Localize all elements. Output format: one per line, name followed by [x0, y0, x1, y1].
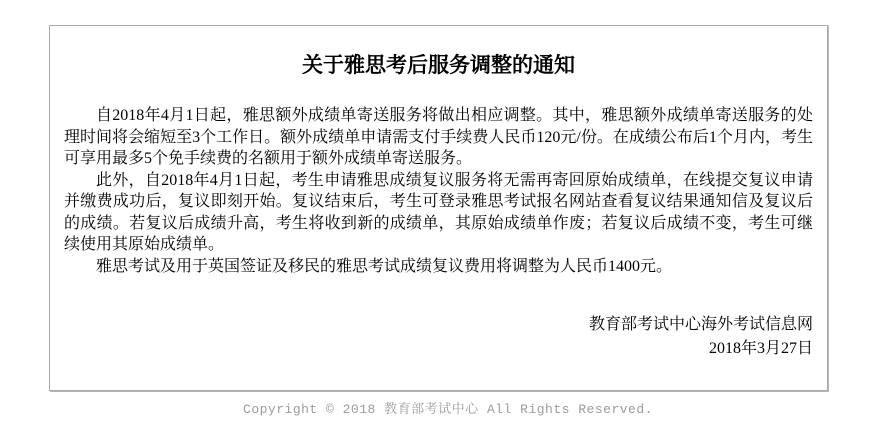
notice-paragraph-1: 自2018年4月1日起，雅思额外成绩单寄送服务将做出相应调整。其中，雅思额外成绩…	[64, 105, 813, 170]
notice-paragraph-2: 此外，自2018年4月1日起，考生申请雅思成绩复议服务将无需再寄回原始成绩单，在…	[64, 170, 813, 256]
notice-paragraph-3: 雅思考试及用于英国签证及移民的雅思考试成绩复议费用将调整为人民币1400元。	[64, 256, 813, 278]
notice-box: 关于雅思考后服务调整的通知 自2018年4月1日起，雅思额外成绩单寄送服务将做出…	[49, 25, 828, 391]
notice-title: 关于雅思考后服务调整的通知	[50, 55, 827, 77]
copyright-footer: Copyright © 2018 教育部考试中心 All Rights Rese…	[0, 398, 896, 417]
notice-body: 自2018年4月1日起，雅思额外成绩单寄送服务将做出相应调整。其中，雅思额外成绩…	[64, 105, 813, 277]
signature-block: 教育部考试中心海外考试信息网 2018年3月27日	[589, 313, 813, 361]
signature-org: 教育部考试中心海外考试信息网	[589, 313, 813, 337]
signature-date: 2018年3月27日	[589, 337, 813, 361]
